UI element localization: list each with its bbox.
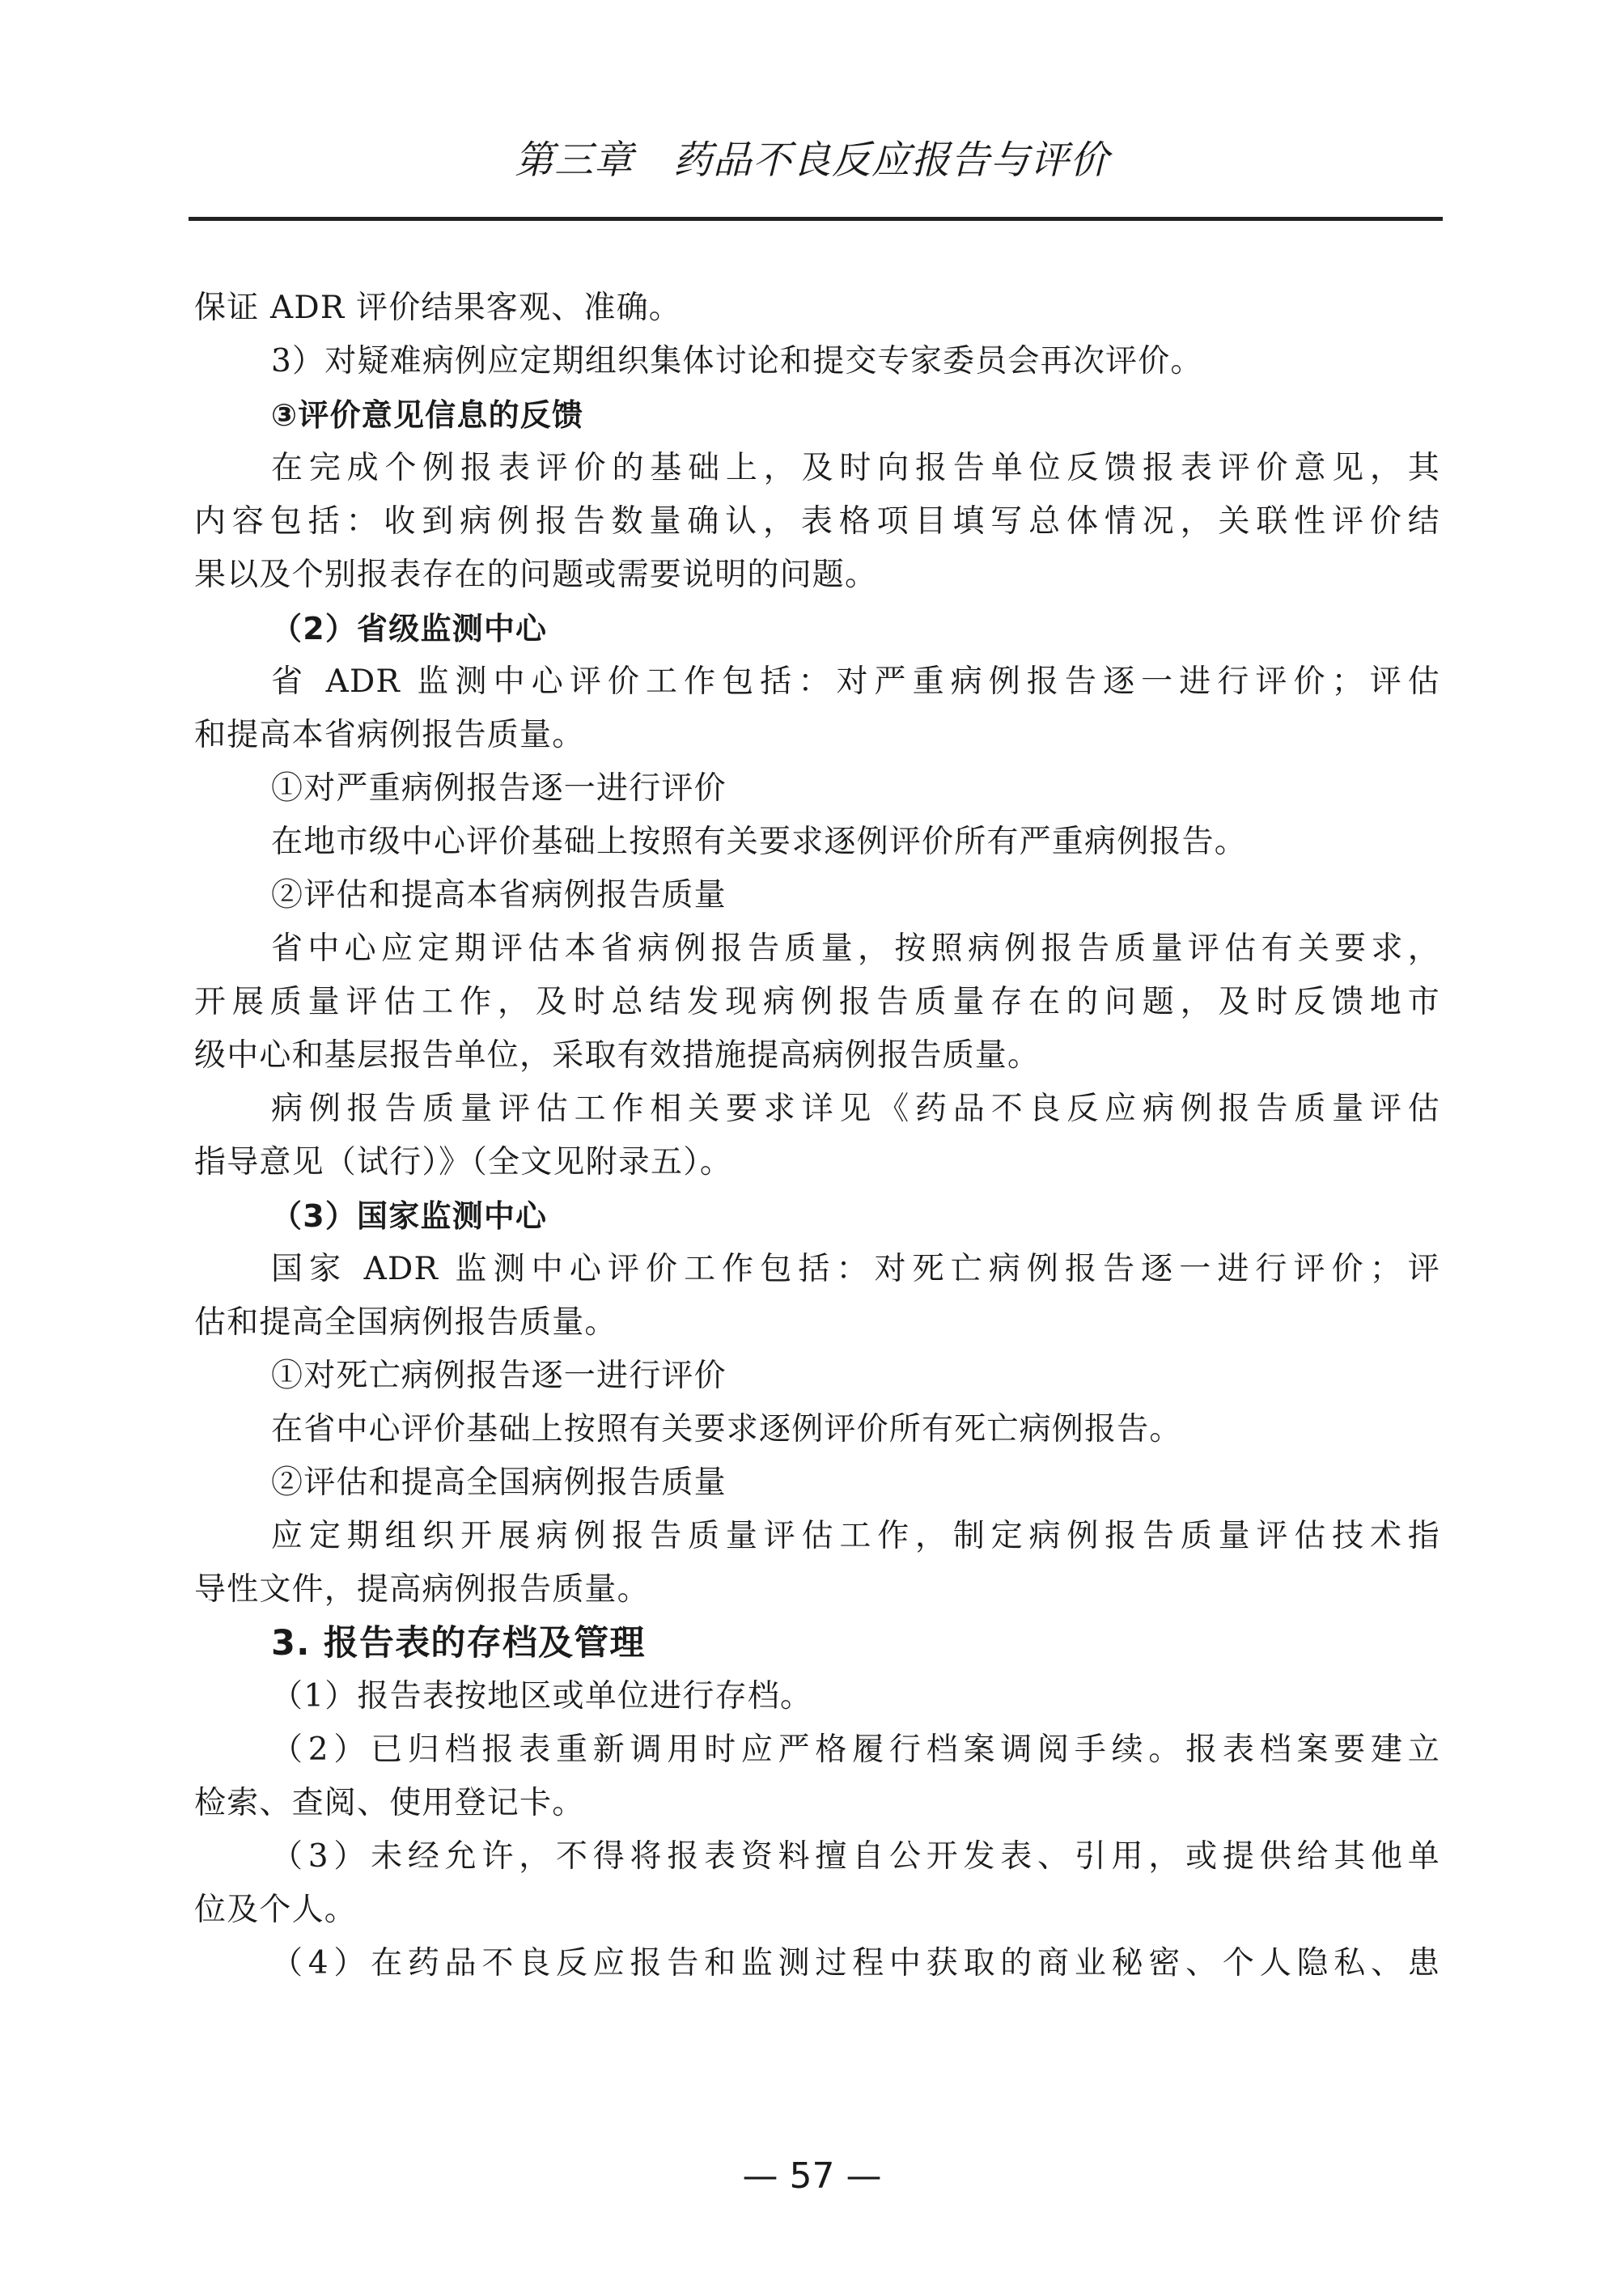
text-line: 保证 ADR 评价结果客观、准确。 [194,282,1440,335]
section-heading: 3. 报告表的存档及管理 [194,1617,1440,1670]
text-line: （4）在药品不良反应报告和监测过程中获取的商业秘密、个人隐私、患 [194,1937,1440,1990]
chapter-header-title: 第三章 药品不良反应报告与评价 [0,136,1624,184]
text-line: 在完成个例报表评价的基础上，及时向报告单位反馈报表评价意见，其 [194,442,1440,495]
subheading: （2）省级监测中心 [194,602,1440,655]
page-number: — 57 — [0,2152,1624,2201]
text-line: 和提高本省病例报告质量。 [194,709,1440,762]
text-line: （3）未经允许，不得将报表资料擅自公开发表、引用，或提供给其他单 [194,1830,1440,1884]
text-line: 级中心和基层报告单位，采取有效措施提高病例报告质量。 [194,1029,1440,1083]
subheading: （3）国家监测中心 [194,1189,1440,1243]
text-line: 省中心应定期评估本省病例报告质量，按照病例报告质量评估有关要求， [194,922,1440,976]
text-line: 内容包括：收到病例报告数量确认，表格项目填写总体情况，关联性评价结 [194,495,1440,549]
text-line: （2）已归档报表重新调用时应严格履行档案调阅手续。报表档案要建立 [194,1723,1440,1777]
text-line: 导性文件，提高病例报告质量。 [194,1563,1440,1617]
text-line: ②评估和提高全国病例报告质量 [194,1456,1440,1510]
text-line: 开展质量评估工作，及时总结发现病例报告质量存在的问题，及时反馈地市 [194,976,1440,1029]
text-line: 3）对疑难病例应定期组织集体讨论和提交专家委员会再次评价。 [194,335,1440,388]
text-line: （1）报告表按地区或单位进行存档。 [194,1670,1440,1723]
subheading: ③评价意见信息的反馈 [194,388,1440,442]
text-line: 省 ADR 监测中心评价工作包括：对严重病例报告逐一进行评价；评估 [194,655,1440,709]
text-line: 在省中心评价基础上按照有关要求逐例评价所有死亡病例报告。 [194,1403,1440,1456]
text-line: 果以及个别报表存在的问题或需要说明的问题。 [194,549,1440,602]
text-line: 检索、查阅、使用登记卡。 [194,1777,1440,1830]
text-line: ②评估和提高本省病例报告质量 [194,869,1440,922]
text-line: 应定期组织开展病例报告质量评估工作，制定病例报告质量评估技术指 [194,1510,1440,1563]
text-line: 国家 ADR 监测中心评价工作包括：对死亡病例报告逐一进行评价；评 [194,1243,1440,1296]
text-line: 指导意见（试行）》（全文见附录五）。 [194,1136,1440,1189]
text-line: 位及个人。 [194,1884,1440,1937]
text-line: ①对严重病例报告逐一进行评价 [194,762,1440,816]
text-line: 估和提高全国病例报告质量。 [194,1296,1440,1350]
header-divider [189,217,1443,221]
page-body: 保证 ADR 评价结果客观、准确。 3）对疑难病例应定期组织集体讨论和提交专家委… [194,282,1440,1990]
text-line: 病例报告质量评估工作相关要求详见《药品不良反应病例报告质量评估 [194,1083,1440,1136]
text-line: ①对死亡病例报告逐一进行评价 [194,1350,1440,1403]
text-line: 在地市级中心评价基础上按照有关要求逐例评价所有严重病例报告。 [194,816,1440,869]
